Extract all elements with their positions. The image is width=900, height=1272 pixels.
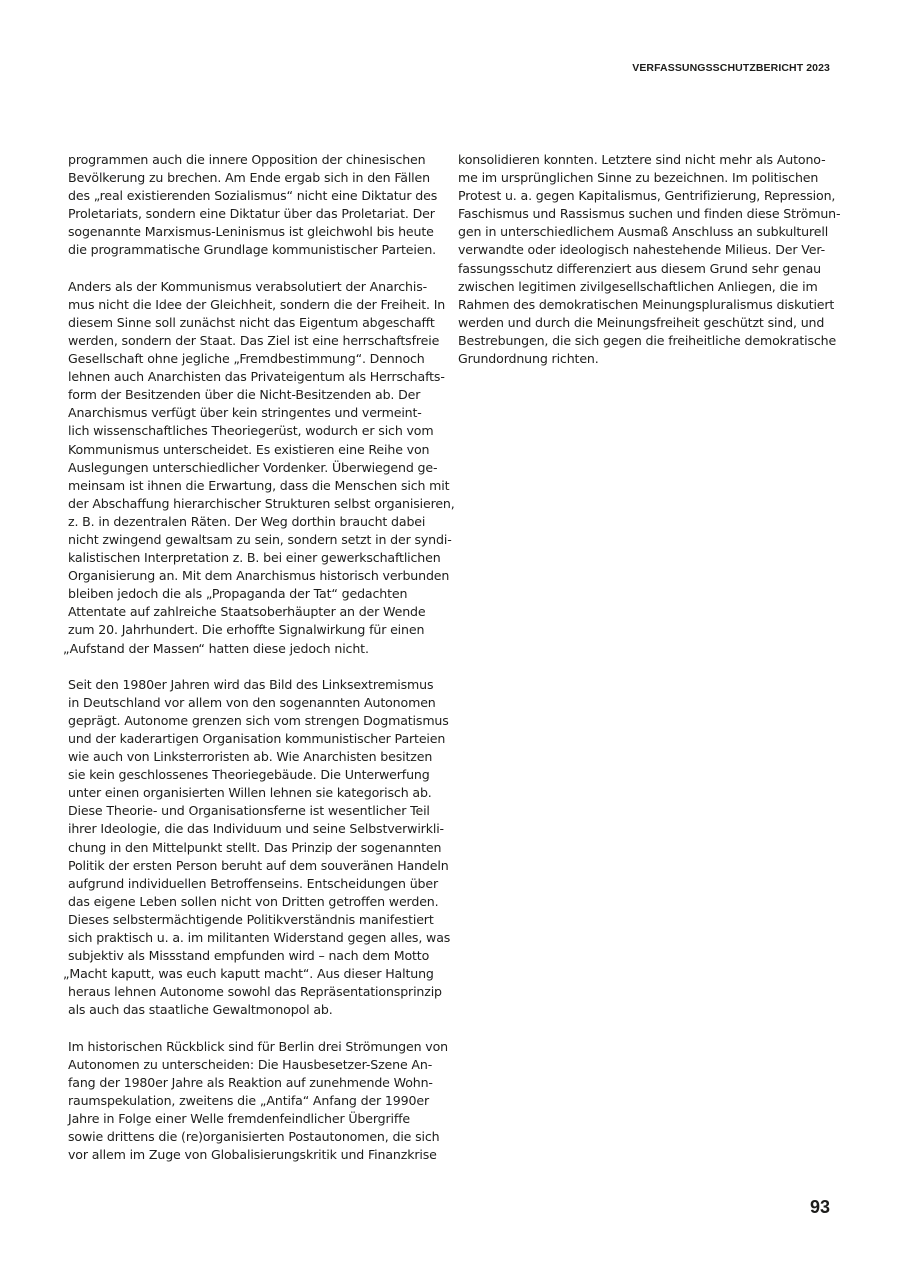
paragraph-anarchism: Anders als der Kommunismus verabsolutier… [68,278,453,658]
text-line: Politik der ersten Person beruht auf dem… [68,857,453,875]
text-line: sie kein geschlossenes Theoriegebäude. D… [68,766,453,784]
text-line: der Abschaffung hierarchischer Strukture… [68,495,453,513]
text-line: des „real existierenden Sozialismus“ nic… [68,187,453,205]
text-line: Jahre in Folge einer Welle fremdenfeindl… [68,1110,453,1128]
text-line: lich wissenschaftliches Theoriegerüst, w… [68,422,453,440]
text-line: Organisierung an. Mit dem Anarchismus hi… [68,567,453,585]
text-line: raumspekulation, zweitens die „Antifa“ A… [68,1092,453,1110]
text-line: Auslegungen unterschiedlicher Vordenker.… [68,459,453,477]
text-line: z. B. in dezentralen Räten. Der Weg dort… [68,513,453,531]
text-line: Bestrebungen, die sich gegen die freihei… [458,332,843,350]
text-line: wie auch von Linksterroristen ab. Wie An… [68,748,453,766]
text-line: form der Besitzenden über die Nicht-Besi… [68,386,453,404]
text-line: fang der 1980er Jahre als Reaktion auf z… [68,1074,453,1092]
text-line: lehnen auch Anarchisten das Privateigent… [68,368,453,386]
text-line: sogenannte Marxismus-Leninismus ist glei… [68,223,453,241]
left-text-column: programmen auch die innere Opposition de… [68,151,453,1182]
text-line: bleiben jedoch die als „Propaganda der T… [68,585,453,603]
right-text-column: konsolidieren konnten. Letztere sind nic… [458,151,843,386]
text-line: in Deutschland vor allem von den sogenan… [68,694,453,712]
text-line: verwandte oder ideologisch nahestehende … [458,241,843,259]
text-line: Anarchismus verfügt über kein stringente… [68,404,453,422]
text-line: Diese Theorie- und Organisationsferne is… [68,802,453,820]
text-line: sich praktisch u. a. im militanten Wider… [68,929,453,947]
text-line: kalistischen Interpretation z. B. bei ei… [68,549,453,567]
text-line: als auch das staatliche Gewaltmonopol ab… [68,1001,453,1019]
text-line: mus nicht die Idee der Gleichheit, sonde… [68,296,453,314]
text-line: gen in unterschiedlichem Ausmaß Anschlus… [458,223,843,241]
page-number: 93 [810,1197,830,1218]
text-line: sowie drittens die (re)organisierten Pos… [68,1128,453,1146]
text-line: das eigene Leben sollen nicht von Dritte… [68,893,453,911]
paragraph-autonomists: Seit den 1980er Jahren wird das Bild des… [68,676,453,1020]
text-line: Attentate auf zahlreiche Staatsoberhäupt… [68,603,453,621]
text-line: konsolidieren konnten. Letztere sind nic… [458,151,843,169]
text-line: geprägt. Autonome grenzen sich vom stren… [68,712,453,730]
text-line: vor allem im Zuge von Globalisierungskri… [68,1146,453,1164]
text-line: Proletariats, sondern eine Diktatur über… [68,205,453,223]
text-line: Autonomen zu unterscheiden: Die Hausbese… [68,1056,453,1074]
text-line: und der kaderartigen Organisation kommun… [68,730,453,748]
text-line: chung in den Mittelpunkt stellt. Das Pri… [68,839,453,857]
text-line: Gesellschaft ohne jegliche „Fremdbestimm… [68,350,453,368]
text-line: Faschismus und Rassismus suchen und find… [458,205,843,223]
paragraph-postautonomists: konsolidieren konnten. Letztere sind nic… [458,151,843,368]
text-line: Kommunismus unterscheidet. Es existieren… [68,441,453,459]
running-header: VERFASSUNGSSCHUTZBERICHT 2023 [632,62,830,74]
text-line: diesem Sinne soll zunächst nicht das Eig… [68,314,453,332]
paragraph-communism-end: programmen auch die innere Opposition de… [68,151,453,260]
text-line: meinsam ist ihnen die Erwartung, dass di… [68,477,453,495]
text-line: Dieses selbstermächtigende Politikverstä… [68,911,453,929]
text-line: Protest u. a. gegen Kapitalismus, Gentri… [458,187,843,205]
text-line: fassungsschutz differenziert aus diesem … [458,260,843,278]
text-line: Anders als der Kommunismus verabsolutier… [68,278,453,296]
text-line: aufgrund individuellen Betroffenseins. E… [68,875,453,893]
text-line: ihrer Ideologie, die das Individuum und … [68,820,453,838]
text-line: werden, sondern der Staat. Das Ziel ist … [68,332,453,350]
text-line: Seit den 1980er Jahren wird das Bild des… [68,676,453,694]
text-line: heraus lehnen Autonome sowohl das Repräs… [68,983,453,1001]
text-line: Grundordnung richten. [458,350,843,368]
text-line: „Aufstand der Massen“ hatten diese jedoc… [63,640,453,658]
text-line: unter einen organisierten Willen lehnen … [68,784,453,802]
text-line: zum 20. Jahrhundert. Die erhoffte Signal… [68,621,453,639]
text-line: Rahmen des demokratischen Meinungsplural… [458,296,843,314]
paragraph-berlin-currents: Im historischen Rückblick sind für Berli… [68,1038,453,1165]
text-line: zwischen legitimen zivilgesellschaftlich… [458,278,843,296]
text-line: nicht zwingend gewaltsam zu sein, sonder… [68,531,453,549]
text-line: Im historischen Rückblick sind für Berli… [68,1038,453,1056]
text-line: die programmatische Grundlage kommunisti… [68,241,453,259]
text-line: Bevölkerung zu brechen. Am Ende ergab si… [68,169,453,187]
text-line: subjektiv als Missstand empfunden wird –… [68,947,453,965]
text-line: programmen auch die innere Opposition de… [68,151,453,169]
text-line: me im ursprünglichen Sinne zu bezeichnen… [458,169,843,187]
text-line: werden und durch die Meinungsfreiheit ge… [458,314,843,332]
text-line: „Macht kaputt, was euch kaputt macht“. A… [63,965,453,983]
